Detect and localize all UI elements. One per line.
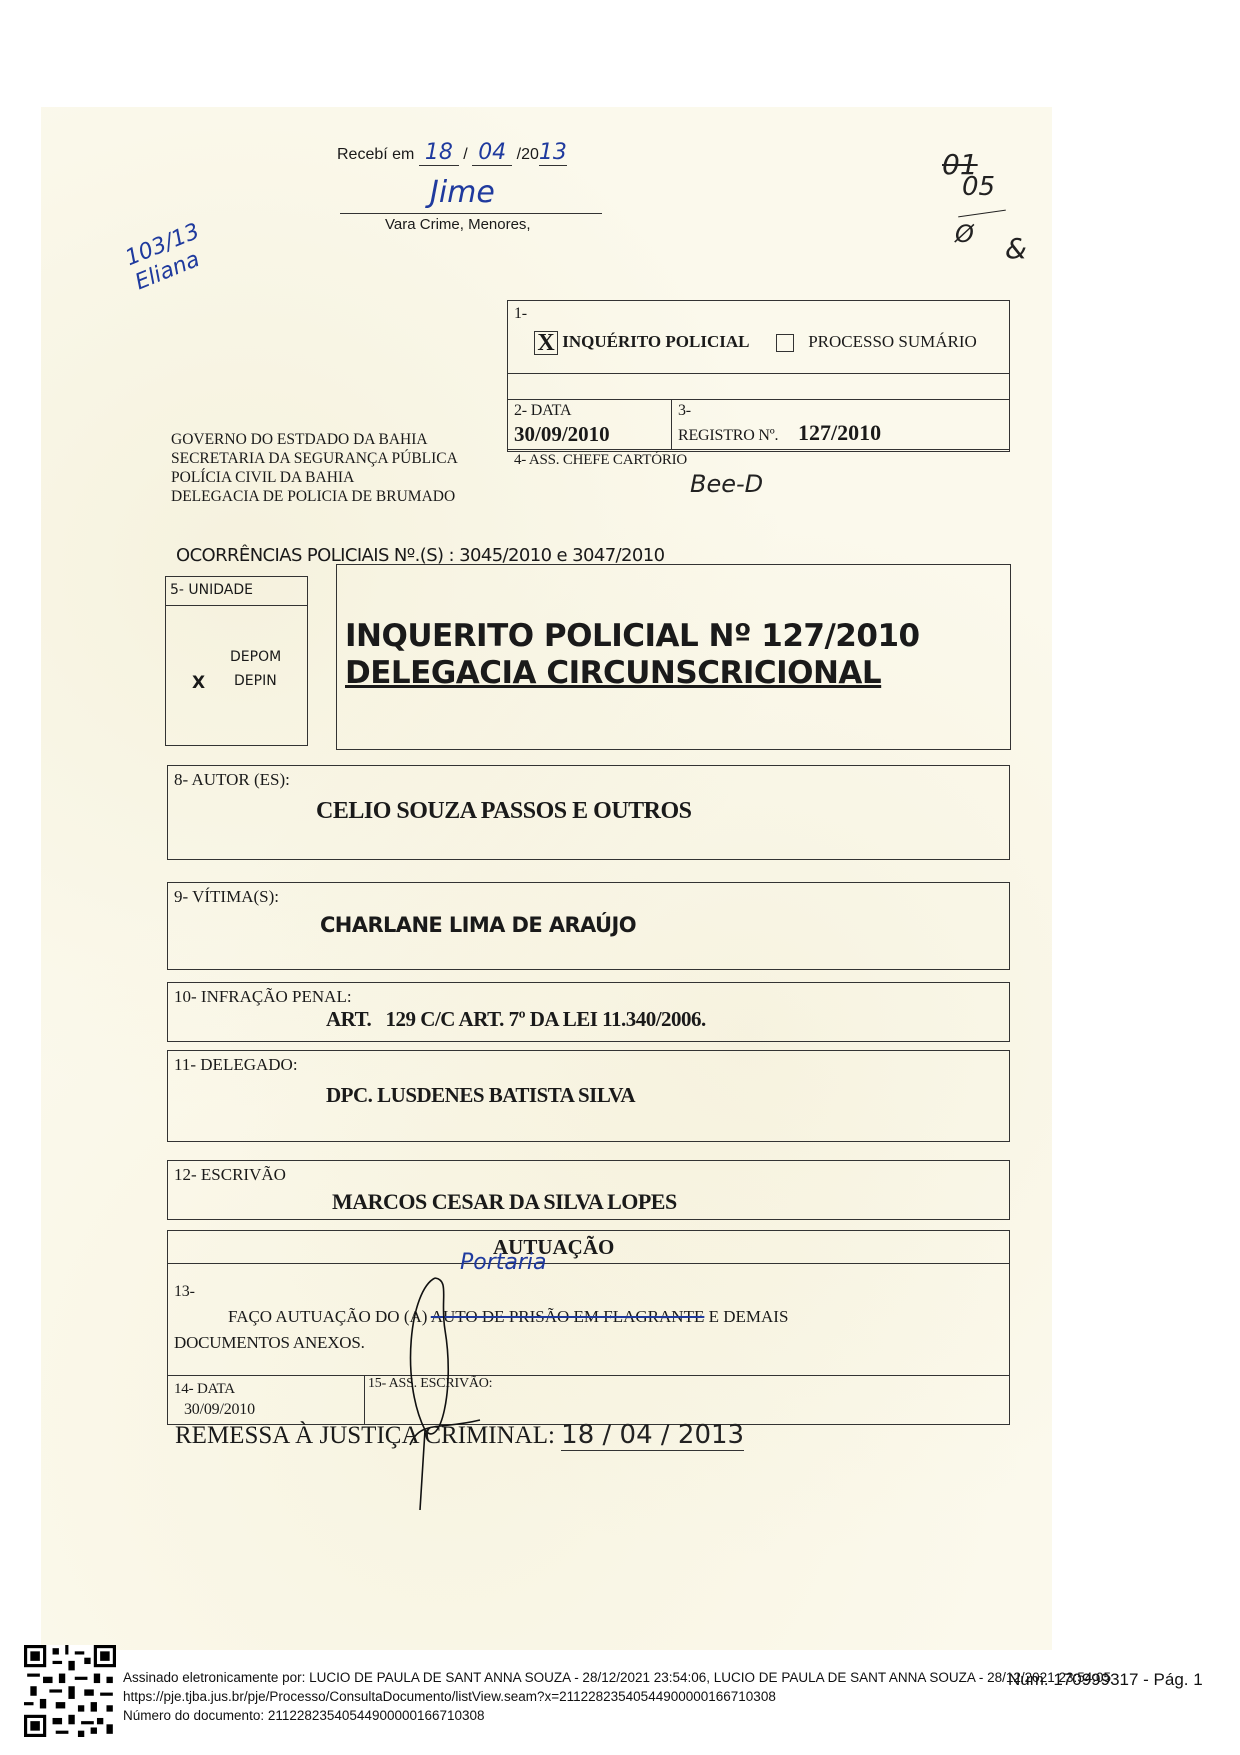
chefe-cartorio-signature: Bee-D <box>690 470 763 498</box>
processo-sumario-checkbox[interactable] <box>776 334 794 352</box>
inquerito-label: INQUÉRITO POLICIAL <box>562 332 749 351</box>
delegado-value: DPC. LUSDENES BATISTA SILVA <box>326 1083 635 1108</box>
agency-line: DELEGACIA DE POLICIA DE BRUMADO <box>171 487 458 506</box>
processo-sumario-label: PROCESSO SUMÁRIO <box>808 332 977 351</box>
signature-line <box>340 213 602 214</box>
escrivao-label: 12- ESCRIVÃO <box>174 1165 286 1185</box>
qr-code-icon[interactable] <box>24 1645 116 1737</box>
title-line-2: DELEGACIA CIRCUNSCRICIONAL <box>345 655 881 691</box>
received-month: 04 <box>472 140 512 166</box>
data-cell: 2- DATA 30/09/2010 <box>508 400 672 450</box>
footer-page-number: Num. 170999317 - Pág. 1 <box>1008 1670 1203 1690</box>
procedure-type-box: 1- X INQUÉRITO POLICIAL PROCESSO SUMÁRIO… <box>507 300 1010 452</box>
page-mark-zero: Ø <box>955 220 974 248</box>
received-label: Recebí em <box>337 146 414 163</box>
page-mark-initials: & <box>1005 232 1027 265</box>
vitima-box: 9- VÍTIMA(S): CHARLANE LIMA DE ARAÚJO <box>167 882 1010 970</box>
agency-header: GOVERNO DO ESTDADO DA BAHIA SECRETARIA D… <box>171 430 458 506</box>
received-year-prefix: 20 <box>521 146 539 163</box>
agency-line: SECRETARIA DA SEGURANÇA PÚBLICA <box>171 449 458 468</box>
received-signature: Jime <box>430 175 495 210</box>
received-office: Vara Crime, Menores, <box>385 216 531 233</box>
autuacao-data-label: 14- DATA <box>174 1381 235 1398</box>
inquerito-checkbox[interactable]: X <box>534 331 558 355</box>
autuacao-text: FAÇO AUTUAÇÃO DO (A) AUTO DE PRISÃO EM F… <box>228 1307 788 1327</box>
agency-line: POLÍCIA CIVIL DA BAHIA <box>171 468 458 487</box>
registro-label: REGISTRO Nº. <box>678 427 778 445</box>
autor-box: 8- AUTOR (ES): CELIO SOUZA PASSOS E OUTR… <box>167 765 1010 860</box>
autuacao-line-2: DOCUMENTOS ANEXOS. <box>174 1333 365 1353</box>
escrivao-signature-icon <box>380 1270 500 1520</box>
received-day: 18 <box>419 140 459 166</box>
autuacao-number: 13- <box>174 1283 195 1301</box>
received-year-suffix: 13 <box>539 140 567 166</box>
received-stamp: Recebí em 18 / 04 /2013 <box>337 140 567 165</box>
footer-signed-by: Assinado eletronicamente por: LUCIO DE P… <box>123 1670 1111 1685</box>
footer-doc-number: Número do documento: 2112282354054490000… <box>123 1708 485 1723</box>
remessa-label: REMESSA À JUSTIÇA CRIMINAL: <box>175 1422 555 1449</box>
unidade-box: 5- UNIDADE DEPOM X DEPIN <box>165 576 308 746</box>
depin-mark: X <box>192 673 205 693</box>
delegado-label: 11- DELEGADO: <box>174 1055 298 1075</box>
agency-line: GOVERNO DO ESTDADO DA BAHIA <box>171 430 458 449</box>
escrivao-box: 12- ESCRIVÃO MARCOS CESAR DA SILVA LOPES <box>167 1160 1010 1220</box>
chefe-cartorio-label: 4- ASS. CHEFE CARTÓRIO <box>514 452 687 469</box>
infracao-value: ART. 129 C/C ART. 7º DA LEI 11.340/2006. <box>326 1007 706 1032</box>
registro-number: 3- <box>678 402 691 420</box>
depom-label: DEPOM <box>230 649 281 665</box>
infracao-label: 10- INFRAÇÃO PENAL: <box>174 987 352 1007</box>
remessa-date: 18 / 04 / 2013 <box>561 1420 744 1451</box>
vitima-label: 9- VÍTIMA(S): <box>174 887 279 907</box>
unidade-label: 5- UNIDADE <box>170 582 253 598</box>
sheet-total: 05 <box>962 172 995 202</box>
data-label: 2- DATA <box>514 402 571 420</box>
infracao-box: 10- INFRAÇÃO PENAL: ART. 129 C/C ART. 7º… <box>167 982 1010 1042</box>
escrivao-value: MARCOS CESAR DA SILVA LOPES <box>332 1189 677 1215</box>
registro-value: 127/2010 <box>798 420 881 446</box>
title-line-1: INQUERITO POLICIAL Nº 127/2010 <box>345 618 920 654</box>
box1-number: 1- <box>514 305 527 323</box>
footer-url[interactable]: https://pje.tjba.jus.br/pje/Processo/Con… <box>123 1689 776 1704</box>
remessa-line: REMESSA À JUSTIÇA CRIMINAL: 18 / 04 / 20… <box>175 1420 744 1450</box>
autor-value: CELIO SOUZA PASSOS E OUTROS <box>316 798 692 825</box>
autuacao-box: AUTUAÇÃO 13- FAÇO AUTUAÇÃO DO (A) AUTO D… <box>167 1230 1010 1425</box>
depin-label: DEPIN <box>234 673 277 689</box>
vitima-value: CHARLANE LIMA DE ARAÚJO <box>320 913 636 937</box>
data-value: 30/09/2010 <box>514 422 610 447</box>
autuacao-data-value: 30/09/2010 <box>184 1401 255 1419</box>
autor-label: 8- AUTOR (ES): <box>174 770 290 790</box>
occurrences-line: OCORRÊNCIAS POLICIAIS Nº.(S) : 3045/2010… <box>176 545 664 566</box>
delegado-box: 11- DELEGADO: DPC. LUSDENES BATISTA SILV… <box>167 1050 1010 1142</box>
